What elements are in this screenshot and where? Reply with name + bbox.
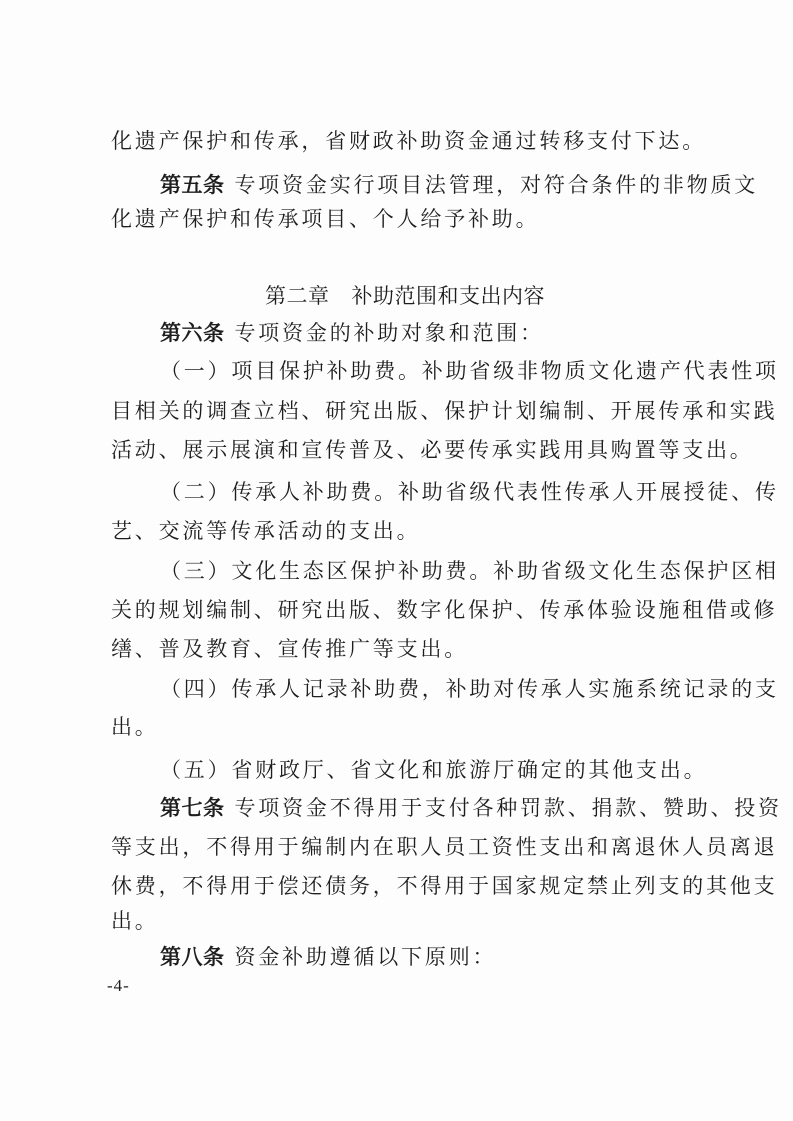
chapter-heading: 第二章补助范围和支出内容	[265, 281, 545, 311]
item-2-line: （二）传承人补助费。补助省级代表性传承人开展授徒、传	[160, 477, 696, 507]
article-5-text: 专项资金实行项目法管理，对符合条件的非物质文	[235, 173, 759, 197]
article-6-intro: 专项资金的补助对象和范围：	[235, 321, 544, 345]
article-6-label: 第六条	[160, 321, 225, 345]
item-2-line: 艺、交流等传承活动的支出。	[111, 516, 696, 546]
chapter-number: 第二章	[265, 284, 330, 308]
paragraph-line: 化遗产保护和传承项目、个人给予补助。	[111, 204, 696, 234]
article-8-line: 第八条资金补助遵循以下原则：	[160, 942, 696, 972]
page-number: -4-	[107, 974, 130, 998]
article-7-line: 等支出，不得用于编制内在职人员工资性支出和离退休人员离退	[111, 832, 696, 862]
article-5-line: 第五条专项资金实行项目法管理，对符合条件的非物质文	[160, 170, 696, 200]
item-5-line: （五）省财政厅、省文化和旅游厅确定的其他支出。	[160, 755, 696, 785]
chapter-title: 补助范围和支出内容	[352, 284, 546, 308]
document-page: 化遗产保护和传承，省财政补助资金通过转移支付下达。 第五条专项资金实行项目法管理…	[0, 0, 793, 1121]
article-5-label: 第五条	[160, 173, 225, 197]
article-8-text: 资金补助遵循以下原则：	[235, 945, 497, 969]
article-7-line: 休费，不得用于偿还债务，不得用于国家规定禁止列支的其他支	[111, 871, 696, 901]
article-7-line: 出。	[111, 906, 696, 936]
article-6-line: 第六条专项资金的补助对象和范围：	[160, 318, 696, 348]
item-1-line: 活动、展示展演和宣传普及、必要传承实践用具购置等支出。	[111, 435, 696, 465]
item-3-line: 关的规划编制、研究出版、数字化保护、传承体验设施租借或修	[111, 595, 696, 625]
item-1-line: 目相关的调查立档、研究出版、保护计划编制、开展传承和实践	[111, 396, 696, 426]
article-7-text: 专项资金不得用于支付各种罚款、捐款、赞助、投资	[235, 796, 782, 820]
article-7-label: 第七条	[160, 796, 225, 820]
item-3-line: （三）文化生态区保护补助费。补助省级文化生态保护区相	[160, 556, 696, 586]
item-4-line: 出。	[111, 712, 696, 742]
paragraph-line: 化遗产保护和传承，省财政补助资金通过转移支付下达。	[111, 126, 696, 156]
item-4-line: （四）传承人记录补助费，补助对传承人实施系统记录的支	[160, 674, 696, 704]
item-1-line: （一）项目保护补助费。补助省级非物质文化遗产代表性项	[160, 356, 696, 386]
item-3-line: 缮、普及教育、宣传推广等支出。	[111, 634, 696, 664]
article-7-line: 第七条专项资金不得用于支付各种罚款、捐款、赞助、投资	[160, 793, 696, 823]
article-8-label: 第八条	[160, 945, 225, 969]
